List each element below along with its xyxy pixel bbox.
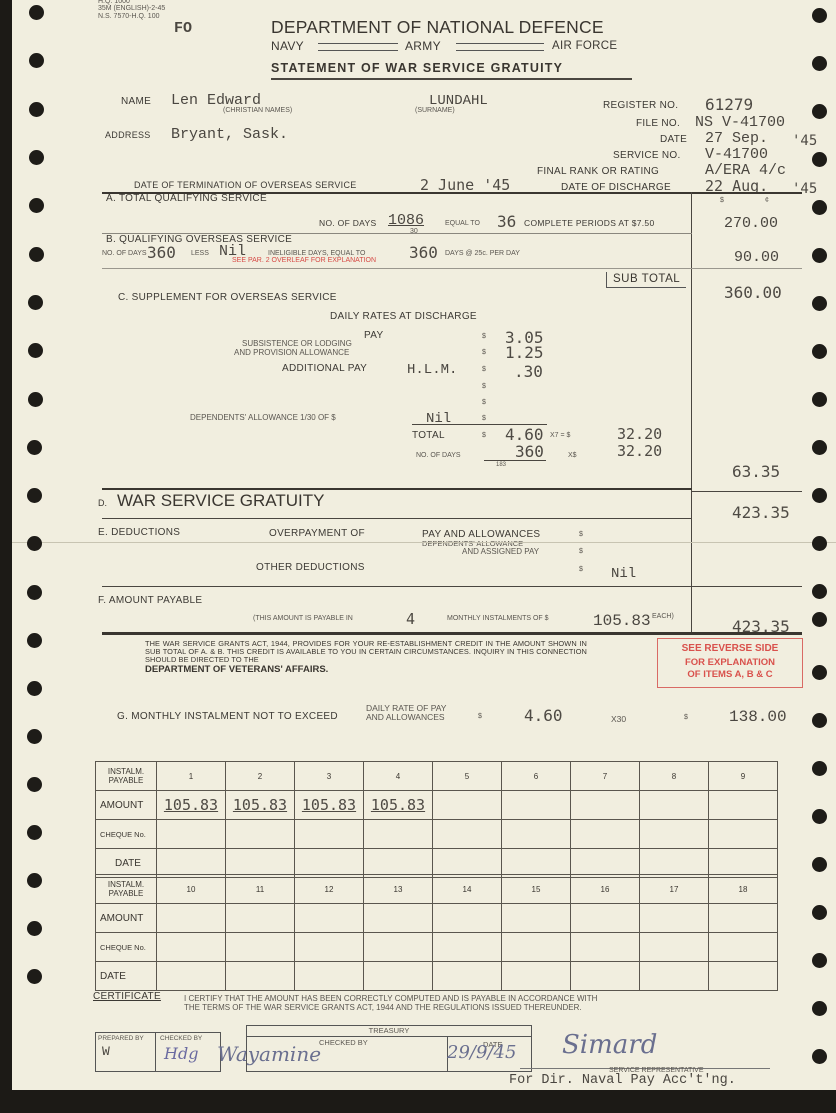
currency: $ bbox=[482, 399, 486, 406]
monthly-label: MONTHLY INSTALMENTS OF $ bbox=[447, 615, 549, 622]
feed-hole-icon bbox=[812, 440, 827, 455]
overpayment-label: OVERPAYMENT OF bbox=[269, 528, 365, 539]
section-d-prefix: D. bbox=[98, 498, 107, 508]
section-b-days-label: NO. OF DAYS bbox=[102, 250, 147, 257]
feed-hole-icon bbox=[27, 777, 42, 792]
additional-pay-label: ADDITIONAL PAY bbox=[282, 363, 367, 374]
section-c-amount: 63.35 bbox=[732, 462, 780, 481]
instalment-head: INSTALM. PAYABLE bbox=[96, 762, 157, 791]
section-b-rate-label: DAYS @ 25c. PER DAY bbox=[445, 250, 520, 257]
feed-hole-icon bbox=[812, 713, 827, 728]
section-d-amount: 423.35 bbox=[732, 503, 790, 522]
days-underline bbox=[484, 460, 546, 461]
certificate-text-2: THE TERMS OF THE WAR SERVICE GRANTS ACT,… bbox=[184, 1003, 582, 1012]
table-row: AMOUNT 105.83 105.83 105.83 105.83 bbox=[96, 791, 778, 820]
cheque-cell bbox=[226, 820, 295, 849]
amount-cell bbox=[502, 791, 571, 820]
service-rep-title: For Dir. Naval Pay Acc't'ng. bbox=[509, 1073, 736, 1088]
currency: $ bbox=[482, 366, 486, 373]
feed-hole-icon bbox=[812, 488, 827, 503]
feed-hole-icon bbox=[812, 104, 827, 119]
subtotal-amount: 360.00 bbox=[724, 283, 782, 302]
section-b-equal-days: 360 bbox=[409, 243, 438, 262]
amount-cell bbox=[364, 904, 433, 933]
cheque-cell bbox=[571, 933, 640, 962]
stamp-line-2: FOR EXPLANATION bbox=[658, 657, 802, 668]
discharge-year: '45 bbox=[792, 181, 817, 197]
feed-hole-icon bbox=[27, 488, 42, 503]
feed-hole-icon bbox=[29, 198, 44, 213]
name-label: NAME bbox=[121, 96, 151, 107]
date-cell bbox=[157, 962, 226, 991]
section-a-periods: 36 bbox=[497, 212, 516, 231]
feed-hole-icon bbox=[812, 1001, 827, 1016]
feed-hole-icon bbox=[28, 392, 43, 407]
date-cell bbox=[364, 962, 433, 991]
section-f-title: F. AMOUNT PAYABLE bbox=[98, 595, 202, 606]
section-b-note: SEE PAR. 2 OVERLEAF FOR EXPLANATION bbox=[232, 257, 376, 264]
currency: $ bbox=[482, 349, 486, 356]
additional-pay-value: .30 bbox=[514, 362, 543, 381]
days-label: NO. OF DAYS bbox=[416, 452, 461, 459]
payable-label: (THIS AMOUNT IS PAYABLE IN bbox=[253, 615, 353, 622]
amount-cell bbox=[640, 904, 709, 933]
feed-hole-icon bbox=[812, 536, 827, 551]
service-navy: NAVY bbox=[271, 39, 304, 53]
section-c-amount-divider bbox=[692, 491, 802, 492]
instalments-table-2: INSTALM. PAYABLE 10 11 12 13 14 15 16 17… bbox=[95, 874, 778, 991]
currency: $ bbox=[482, 383, 486, 390]
section-a-days: 1086 bbox=[388, 212, 424, 229]
date-cell bbox=[709, 962, 778, 991]
date-year: '45 bbox=[792, 133, 817, 149]
address-value: Bryant, Sask. bbox=[171, 126, 288, 143]
feed-hole-icon bbox=[27, 633, 42, 648]
total-multiplier: X7 = $ bbox=[550, 432, 570, 439]
treasury-label: TREASURY bbox=[247, 1026, 531, 1037]
feed-hole-icon bbox=[812, 200, 827, 215]
checked-by-signature: Hdg bbox=[154, 1044, 220, 1063]
christian-names-caption: (CHRISTIAN NAMES) bbox=[223, 107, 292, 114]
feed-hole-icon bbox=[29, 247, 44, 262]
section-g-rate: 4.60 bbox=[524, 706, 563, 725]
column-number: 18 bbox=[709, 875, 778, 904]
column-number: 6 bbox=[502, 762, 571, 791]
amount-cell bbox=[157, 904, 226, 933]
treasury-box: TREASURY CHECKED BY DATE Wayamine 29/9/4… bbox=[246, 1025, 532, 1072]
section-b-title: B. QUALIFYING OVERSEAS SERVICE bbox=[106, 234, 292, 245]
column-number: 14 bbox=[433, 875, 502, 904]
currency: $ bbox=[579, 566, 583, 573]
table-row: INSTALM. PAYABLE 1 2 3 4 5 6 7 8 9 bbox=[96, 762, 778, 791]
feed-hole-icon bbox=[28, 295, 43, 310]
cheque-cell bbox=[709, 820, 778, 849]
days-multiplier: X$ bbox=[568, 452, 577, 459]
section-a-days-label: NO. OF DAYS bbox=[319, 218, 376, 228]
service-no-label: SERVICE NO. bbox=[613, 150, 681, 161]
feed-hole-icon bbox=[28, 343, 43, 358]
rank-label: FINAL RANK OR RATING bbox=[537, 166, 659, 177]
treasury-date-value: 29/9/45 bbox=[447, 1042, 516, 1063]
column-number: 3 bbox=[295, 762, 364, 791]
feed-hole-icon bbox=[812, 392, 827, 407]
feed-hole-icon bbox=[27, 873, 42, 888]
reverse-side-stamp: SEE REVERSE SIDE FOR EXPLANATION OF ITEM… bbox=[657, 638, 803, 688]
additional-pay-code: H.L.M. bbox=[407, 362, 457, 378]
subsistence-value: 1.25 bbox=[505, 343, 544, 362]
instalments-table-1: INSTALM. PAYABLE 1 2 3 4 5 6 7 8 9 AMOUN… bbox=[95, 761, 778, 878]
amount-cell bbox=[709, 791, 778, 820]
cheque-cell bbox=[364, 933, 433, 962]
feed-hole-icon bbox=[27, 921, 42, 936]
feed-hole-icon bbox=[812, 296, 827, 311]
treasury-checked-label: CHECKED BY bbox=[319, 1038, 368, 1047]
feed-hole-icon bbox=[812, 584, 827, 599]
feed-hole-icon bbox=[29, 150, 44, 165]
date-value: 27 Sep. bbox=[705, 130, 768, 147]
certificate-label: CERTIFICATE bbox=[93, 991, 161, 1002]
currency: $ bbox=[684, 714, 688, 721]
amount-value: 105.83 bbox=[233, 796, 287, 814]
section-a-amount: 270.00 bbox=[724, 215, 778, 232]
column-number: 12 bbox=[295, 875, 364, 904]
feed-hole-icon bbox=[29, 53, 44, 68]
column-number: 16 bbox=[571, 875, 640, 904]
table-row: AMOUNT bbox=[96, 904, 778, 933]
stamp-line-3: OF ITEMS A, B & C bbox=[658, 668, 802, 682]
section-b-amount: 90.00 bbox=[734, 249, 779, 266]
section-f-divider bbox=[102, 632, 802, 635]
table-row: INSTALM. PAYABLE 10 11 12 13 14 15 16 17… bbox=[96, 875, 778, 904]
feed-hole-icon bbox=[812, 761, 827, 776]
other-deductions-label: OTHER DEDUCTIONS bbox=[256, 562, 365, 573]
section-g-amount: 138.00 bbox=[729, 708, 787, 726]
column-number: 11 bbox=[226, 875, 295, 904]
notice-text: THE WAR SERVICE GRANTS ACT, 1944, PROVID… bbox=[145, 640, 587, 664]
feed-hole-icon bbox=[812, 8, 827, 23]
column-number: 1 bbox=[157, 762, 226, 791]
form-title: STATEMENT OF WAR SERVICE GRATUITY bbox=[271, 61, 563, 75]
other-deductions-value: Nil bbox=[611, 566, 636, 582]
date-label: DATE bbox=[660, 134, 687, 145]
date-cell bbox=[295, 962, 364, 991]
column-number: 5 bbox=[433, 762, 502, 791]
cheque-cell bbox=[364, 820, 433, 849]
file-no-label: FILE NO. bbox=[636, 118, 680, 129]
currency: $ bbox=[579, 548, 583, 555]
cheque-cell bbox=[640, 820, 709, 849]
cheque-row-label: CHEQUE No. bbox=[96, 933, 157, 962]
department-heading: DEPARTMENT OF NATIONAL DEFENCE bbox=[271, 17, 604, 38]
cheque-cell bbox=[571, 820, 640, 849]
column-number: 8 bbox=[640, 762, 709, 791]
feed-hole-icon bbox=[27, 969, 42, 984]
form-code-2: 35M (ENGLISH)-2-45 bbox=[98, 5, 165, 12]
register-no-label: REGISTER NO. bbox=[603, 100, 678, 111]
feed-hole-icon bbox=[812, 953, 827, 968]
column-number: 2 bbox=[226, 762, 295, 791]
instalments-count: 4 bbox=[406, 610, 415, 628]
date-cell bbox=[571, 962, 640, 991]
amount-row-label: AMOUNT bbox=[96, 791, 157, 820]
cheque-cell bbox=[157, 933, 226, 962]
cheque-cell bbox=[433, 933, 502, 962]
feed-hole-icon bbox=[29, 102, 44, 117]
certificate-text-1: I CERTIFY THAT THE AMOUNT HAS BEEN CORRE… bbox=[184, 994, 597, 1003]
service-army: ARMY bbox=[405, 39, 441, 53]
column-number: 9 bbox=[709, 762, 778, 791]
column-number: 15 bbox=[502, 875, 571, 904]
date-cell bbox=[502, 962, 571, 991]
date-cell bbox=[433, 962, 502, 991]
amount-column-border bbox=[691, 192, 692, 632]
prepared-by-box: PREPARED BY W bbox=[95, 1032, 156, 1072]
feed-hole-icon bbox=[812, 809, 827, 824]
notice-emphasis: DEPARTMENT OF VETERANS' AFFAIRS. bbox=[145, 664, 328, 675]
title-underline bbox=[271, 78, 632, 80]
amount-cell bbox=[709, 904, 778, 933]
column-number: 4 bbox=[364, 762, 433, 791]
feed-hole-icon bbox=[29, 5, 44, 20]
table-row: CHEQUE No. bbox=[96, 820, 778, 849]
section-b-divider bbox=[102, 268, 802, 269]
form-code-3: N.S. 7570-H.Q. 100 bbox=[98, 13, 159, 20]
days-value: 360 bbox=[515, 442, 544, 461]
feed-hole-icon bbox=[812, 152, 827, 167]
feed-hole-icon bbox=[812, 665, 827, 680]
amount-cell: 105.83 bbox=[226, 791, 295, 820]
cheque-cell bbox=[502, 820, 571, 849]
fold-line bbox=[12, 542, 836, 543]
amount-cell bbox=[502, 904, 571, 933]
instalment-head: INSTALM. PAYABLE bbox=[96, 875, 157, 904]
amount-cell bbox=[571, 904, 640, 933]
feed-hole-icon bbox=[812, 612, 827, 627]
register-no-value: 61279 bbox=[705, 95, 753, 114]
cheque-row-label: CHEQUE No. bbox=[96, 820, 157, 849]
currency: $ bbox=[482, 432, 486, 439]
termination-label: DATE OF TERMINATION OF OVERSEAS SERVICE bbox=[134, 180, 357, 190]
feed-hole-icon bbox=[812, 905, 827, 920]
amount-cell: 105.83 bbox=[295, 791, 364, 820]
date-cell bbox=[226, 962, 295, 991]
section-a-title: A. TOTAL QUALIFYING SERVICE bbox=[106, 193, 267, 204]
currency: $ bbox=[579, 531, 583, 538]
section-a-equal-label: EQUAL TO bbox=[445, 220, 480, 227]
amount-value: 105.83 bbox=[164, 796, 218, 814]
amount-cell bbox=[433, 791, 502, 820]
service-rep-signature: Simard bbox=[562, 1030, 657, 1060]
cheque-cell bbox=[157, 820, 226, 849]
section-d-title: WAR SERVICE GRATUITY bbox=[117, 491, 325, 511]
column-number: 10 bbox=[157, 875, 226, 904]
file-no-value: NS V-41700 bbox=[695, 114, 785, 131]
column-number: 13 bbox=[364, 875, 433, 904]
service-no-value: V-41700 bbox=[705, 146, 768, 163]
address-label: ADDRESS bbox=[105, 130, 151, 140]
amount-cell: 105.83 bbox=[364, 791, 433, 820]
date-row-label: DATE bbox=[96, 962, 157, 991]
date-cell bbox=[640, 962, 709, 991]
notice-body: THE WAR SERVICE GRANTS ACT, 1944, PROVID… bbox=[145, 639, 587, 664]
amount-cell: 105.83 bbox=[157, 791, 226, 820]
currency: $ bbox=[482, 333, 486, 340]
divider-lines bbox=[456, 43, 544, 51]
service-air-force: AIR FORCE bbox=[552, 40, 617, 52]
section-e-title: E. DEDUCTIONS bbox=[98, 527, 180, 538]
divider-lines bbox=[318, 43, 398, 51]
feed-hole-icon bbox=[27, 729, 42, 744]
days-amount: 32.20 bbox=[617, 442, 662, 460]
column-number: 17 bbox=[640, 875, 709, 904]
section-g-title: G. MONTHLY INSTALMENT NOT TO EXCEED bbox=[117, 711, 338, 722]
amount-cell bbox=[640, 791, 709, 820]
surname-caption: (SURNAME) bbox=[415, 107, 455, 114]
cheque-cell bbox=[709, 933, 778, 962]
form-page: H.Q. 1000 35M (ENGLISH)-2-45 N.S. 7570-H… bbox=[12, 0, 836, 1090]
currency: $ bbox=[482, 415, 486, 422]
dependents-label: DEPENDENTS' ALLOWANCE 1/30 OF $ bbox=[190, 413, 336, 422]
cheque-cell bbox=[295, 820, 364, 849]
feed-hole-icon bbox=[27, 536, 42, 551]
treasury-checked-signature: Wayamine bbox=[217, 1042, 321, 1066]
cheque-cell bbox=[502, 933, 571, 962]
each-label: EACH) bbox=[652, 613, 674, 620]
table-row: CHEQUE No. bbox=[96, 933, 778, 962]
section-b-ineligible-label: INELIGIBLE DAYS, EQUAL TO bbox=[268, 250, 365, 257]
feed-hole-icon bbox=[27, 825, 42, 840]
amount-value: 105.83 bbox=[371, 796, 425, 814]
each-amount: 105.83 bbox=[593, 612, 651, 630]
subsistence-label-1: SUBSISTENCE OR LODGING bbox=[242, 339, 352, 348]
section-g-rate-label-2: AND ALLOWANCES bbox=[366, 712, 445, 722]
checked-by-box: CHECKED BY Hdg bbox=[154, 1032, 221, 1072]
section-g-multiplier: X30 bbox=[611, 714, 626, 724]
feed-hole-icon bbox=[812, 857, 827, 872]
checked-by-label: CHECKED BY bbox=[154, 1033, 220, 1044]
rates-heading: DAILY RATES AT DISCHARGE bbox=[330, 311, 477, 322]
currency: $ bbox=[478, 713, 482, 720]
stamp-line-1: SEE REVERSE SIDE bbox=[658, 641, 802, 657]
cents-header: ¢ bbox=[765, 197, 769, 204]
pay-label: PAY bbox=[364, 330, 383, 341]
subsistence-label-2: AND PROVISION ALLOWANCE bbox=[234, 348, 349, 357]
feed-hole-icon bbox=[27, 440, 42, 455]
total-x7-value: 32.20 bbox=[617, 425, 662, 443]
section-e-divider bbox=[102, 586, 802, 587]
feed-hole-icon bbox=[27, 681, 42, 696]
amount-row-label: AMOUNT bbox=[96, 904, 157, 933]
days-divisor: 183 bbox=[496, 462, 506, 468]
cheque-cell bbox=[640, 933, 709, 962]
cheque-cell bbox=[433, 820, 502, 849]
amount-cell bbox=[295, 904, 364, 933]
section-a-periods-label: COMPLETE PERIODS AT $7.50 bbox=[524, 218, 654, 228]
column-number: 7 bbox=[571, 762, 640, 791]
total-label: TOTAL bbox=[412, 430, 445, 441]
section-c-divider bbox=[102, 488, 692, 490]
form-mark: FO bbox=[174, 20, 192, 37]
feed-hole-icon bbox=[812, 1049, 827, 1064]
amount-cell bbox=[571, 791, 640, 820]
amount-cell bbox=[433, 904, 502, 933]
cheque-cell bbox=[226, 933, 295, 962]
section-c-title: C. SUPPLEMENT FOR OVERSEAS SERVICE bbox=[118, 292, 337, 303]
subtotal-label: SUB TOTAL bbox=[606, 272, 686, 288]
table-row: DATE bbox=[96, 962, 778, 991]
feed-hole-icon bbox=[27, 585, 42, 600]
section-d-divider bbox=[102, 518, 692, 519]
prepared-by-value: W bbox=[96, 1044, 155, 1059]
dependents-allowance-label-2: AND ASSIGNED PAY bbox=[462, 547, 539, 556]
dollars-header: $ bbox=[720, 197, 724, 204]
feed-hole-icon bbox=[812, 344, 827, 359]
cheque-cell bbox=[295, 933, 364, 962]
prepared-by-label: PREPARED BY bbox=[96, 1033, 155, 1044]
section-b-days: 360 bbox=[147, 243, 176, 262]
amount-value: 105.83 bbox=[302, 796, 356, 814]
section-b-less-label: LESS bbox=[191, 250, 209, 257]
amount-cell bbox=[226, 904, 295, 933]
feed-hole-icon bbox=[812, 56, 827, 71]
feed-hole-icon bbox=[812, 248, 827, 263]
